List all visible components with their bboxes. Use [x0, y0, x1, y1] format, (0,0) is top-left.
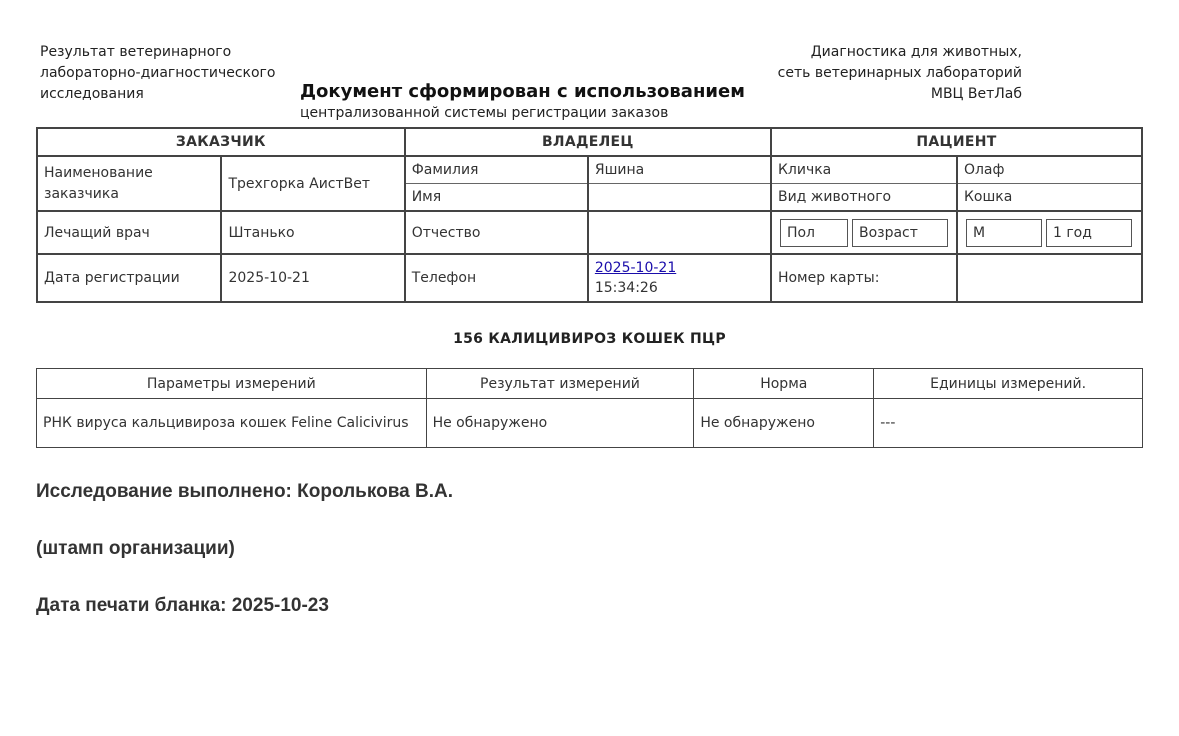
organization-stamp: (штамп организации): [36, 538, 235, 560]
column-header-norm: Норма: [694, 369, 874, 399]
owner-patronymic-value: [588, 211, 771, 254]
column-header-result: Результат измерений: [426, 369, 694, 399]
performed-by: Исследование выполнено: Королькова В.А.: [36, 481, 453, 503]
reg-date-value: 2025-10-21: [221, 254, 404, 302]
doctor-label: Лечащий врач: [37, 211, 221, 254]
header-left-line: лабораторно-диагностического: [40, 63, 310, 84]
patient-sex-age-labels: Пол Возраст: [771, 211, 957, 254]
sex-label: Пол: [780, 219, 848, 247]
reg-date-label: Дата регистрации: [37, 254, 221, 302]
age-label: Возраст: [852, 219, 948, 247]
owner-name-label: Имя: [405, 184, 588, 212]
results-header-row: Параметры измерений Результат измерений …: [37, 369, 1143, 399]
owner-phone-label: Телефон: [405, 254, 588, 302]
units-cell: ---: [874, 399, 1143, 448]
doctor-value: Штанько: [221, 211, 404, 254]
owner-name-value: [588, 184, 771, 212]
header-left-line: исследования: [40, 84, 310, 105]
phone-date-link[interactable]: 2025-10-21: [595, 260, 676, 276]
result-cell: Не обнаружено: [426, 399, 694, 448]
sex-value: М: [966, 219, 1042, 247]
document-title: Документ сформирован с использованием: [300, 81, 770, 103]
document-subtitle: централизованной системы регистрации зак…: [300, 103, 770, 123]
card-number-label: Номер карты:: [771, 254, 957, 302]
owner-surname-value: Яшина: [588, 156, 771, 184]
patient-nickname-value: Олаф: [957, 156, 1142, 184]
lab-info: Диагностика для животных, сеть ветеринар…: [722, 42, 1022, 105]
customer-name-value: Трехгорка АистВет: [221, 156, 404, 211]
table-row: РНК вируса кальцивироза кошек Feline Cal…: [37, 399, 1143, 448]
print-date: Дата печати бланка: 2025-10-23: [36, 595, 329, 617]
column-header-parameters: Параметры измерений: [37, 369, 427, 399]
column-header-units: Единицы измерений.: [874, 369, 1143, 399]
phone-time: 15:34:26: [595, 280, 658, 296]
section-owner: ВЛАДЕЛЕЦ: [405, 128, 771, 156]
patient-species-label: Вид животного: [771, 184, 957, 212]
document-type-heading: Результат ветеринарного лабораторно-диаг…: [40, 42, 310, 105]
patient-species-value: Кошка: [957, 184, 1142, 212]
owner-surname-label: Фамилия: [405, 156, 588, 184]
header-right-line: Диагностика для животных,: [722, 42, 1022, 63]
results-table: Параметры измерений Результат измерений …: [36, 368, 1143, 448]
card-number-value: [957, 254, 1142, 302]
header-right-line: МВЦ ВетЛаб: [722, 84, 1022, 105]
owner-patronymic-label: Отчество: [405, 211, 588, 254]
header-right-line: сеть ветеринарных лабораторий: [722, 63, 1022, 84]
patient-sex-age-values: М 1 год: [957, 211, 1142, 254]
age-value: 1 год: [1046, 219, 1132, 247]
test-title: 156 КАЛИЦИВИРОЗ КОШЕК ПЦР: [36, 331, 1143, 347]
parameter-cell: РНК вируса кальцивироза кошек Feline Cal…: [37, 399, 427, 448]
norm-cell: Не обнаружено: [694, 399, 874, 448]
customer-name-label: Наименование заказчика: [37, 156, 221, 211]
document-title-block: Документ сформирован с использованием це…: [300, 81, 770, 123]
section-patient: ПАЦИЕНТ: [771, 128, 1142, 156]
info-table: ЗАКАЗЧИК ВЛАДЕЛЕЦ ПАЦИЕНТ Наименование з…: [36, 127, 1143, 303]
section-customer: ЗАКАЗЧИК: [37, 128, 405, 156]
patient-nickname-label: Кличка: [771, 156, 957, 184]
header-left-line: Результат ветеринарного: [40, 42, 310, 63]
owner-phone-value: 2025-10-21 15:34:26: [588, 254, 771, 302]
